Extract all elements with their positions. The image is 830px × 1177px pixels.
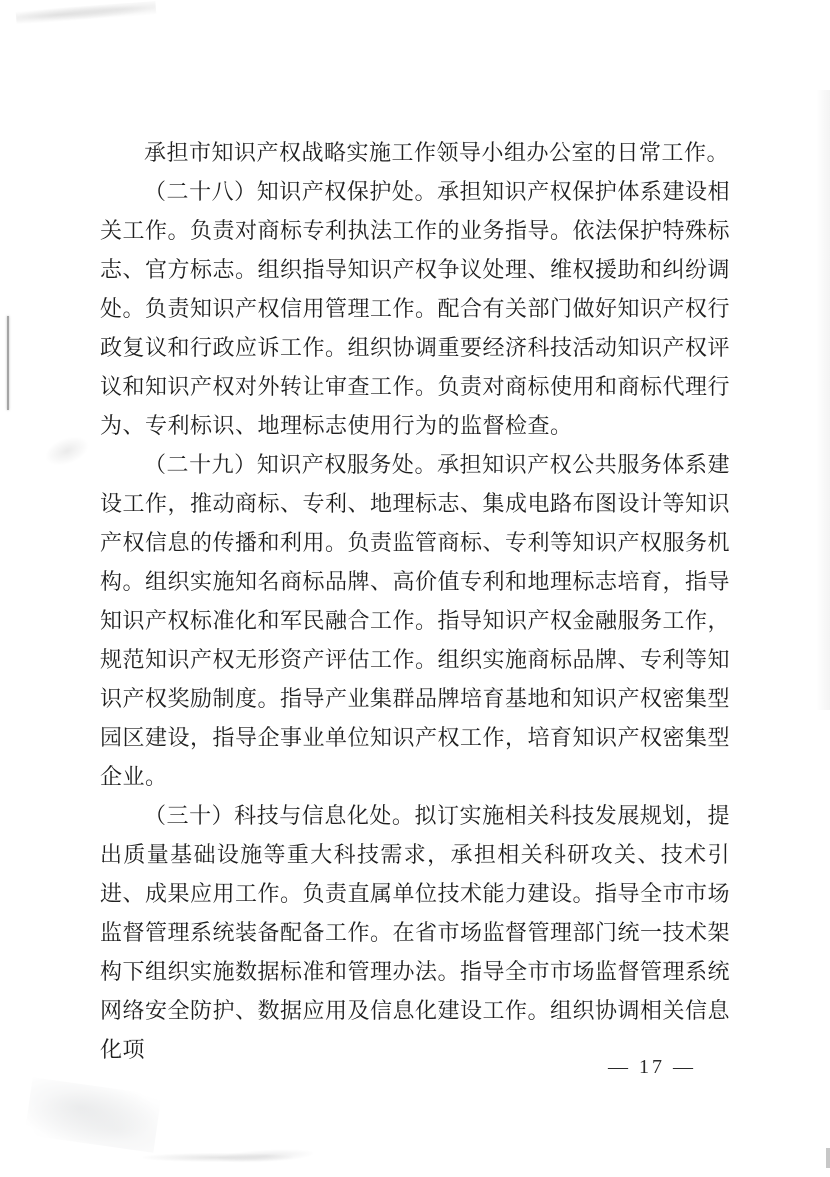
paragraph-30-science-tech-informatization-division: （三十）科技与信息化处。拟订实施相关科技发展规划，提出质量基础设施等重大科技需求…	[100, 796, 730, 1069]
scan-smudge-bottom-left	[25, 1077, 162, 1153]
scan-line-left-edge	[7, 316, 9, 410]
scan-smudge-mid-left	[41, 431, 93, 471]
page-number: — 17 —	[608, 1056, 696, 1079]
scanned-document-page: 承担市知识产权战略实施工作领导小组办公室的日常工作。 （二十八）知识产权保护处。…	[0, 0, 830, 1177]
paragraph-29-ip-service-division: （二十九）知识产权服务处。承担知识产权公共服务体系建设工作，推动商标、专利、地理…	[100, 445, 730, 796]
paragraph-28-ip-protection-division: （二十八）知识产权保护处。承担知识产权保护体系建设相关工作。负责对商标专利执法工…	[100, 172, 730, 445]
scan-streak-bottom-2	[218, 1148, 313, 1165]
document-body: 承担市知识产权战略实施工作领导小组办公室的日常工作。 （二十八）知识产权保护处。…	[100, 133, 730, 1069]
scan-shadow-right-edge	[816, 90, 830, 710]
scan-mark-bottom-right-edge	[826, 1148, 830, 1168]
scan-smudge-top-left	[16, 1, 157, 25]
scan-streak-bottom	[143, 1153, 293, 1162]
paragraph-office-daily-work: 承担市知识产权战略实施工作领导小组办公室的日常工作。	[100, 133, 730, 172]
